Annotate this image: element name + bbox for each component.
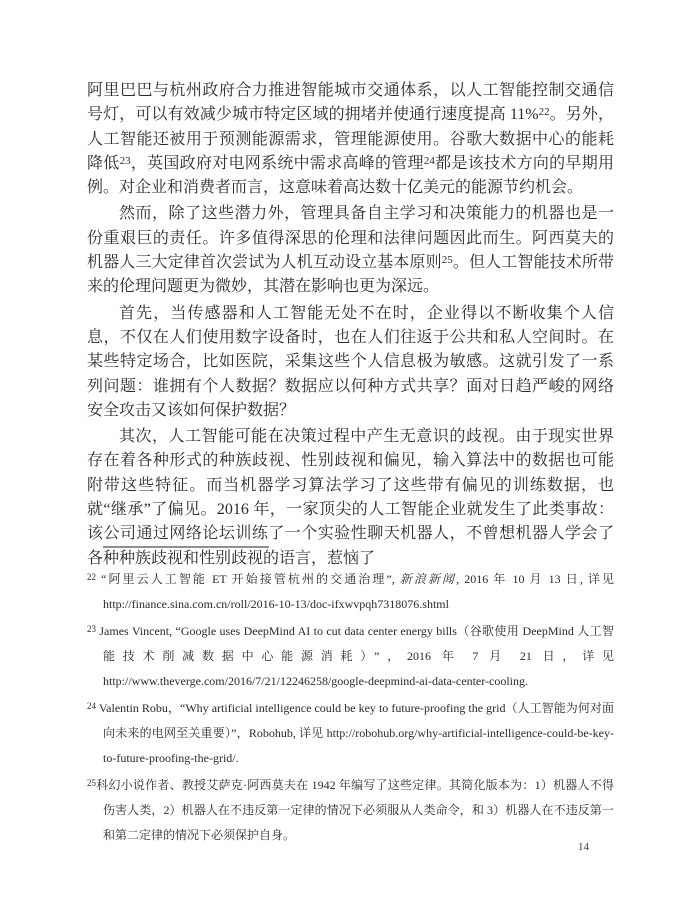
footnote-ref-22: 22 <box>539 106 550 118</box>
footnote-24: 24 Valentin Robu，“Why artificial intelli… <box>87 696 614 771</box>
footnote-marker-24: 24 <box>87 701 96 711</box>
footnote-text: , 2016 年 10 月 13 日, 详见 <box>456 572 614 586</box>
footnote-text: “阿里云人工智能 ET 开始接管杭州的交通治理”, <box>96 572 400 586</box>
footnote-text: James Vincent, “Google uses DeepMind AI … <box>96 624 614 663</box>
footnote-marker-22: 22 <box>87 572 96 582</box>
footnote-23: 23 James Vincent, “Google uses DeepMind … <box>87 619 614 694</box>
footnote-url: http://www.theverge.com/2016/7/21/122462… <box>103 674 528 688</box>
body-text: 阿里巴巴与杭州政府合力推进智能城市交通体系，以人工智能控制交通信号灯，可以有效减… <box>87 79 614 573</box>
footnote-ref-23: 23 <box>120 155 131 167</box>
footnote-marker-23: 23 <box>87 624 96 634</box>
footnote-ref-25: 25 <box>442 254 453 266</box>
footnote-source-italic: 新浪新闻 <box>400 572 456 586</box>
footnote-separator <box>103 546 269 548</box>
text-run: 阿里巴巴与杭州政府合力推进智能城市交通体系，以人工智能控制交通信号灯，可以有效减… <box>87 82 614 123</box>
footnote-text: 科幻小说作者、教授艾萨克·阿西莫夫在 1942 年编写了这些定律。其简化版本为：… <box>96 778 614 842</box>
document-page: 阿里巴巴与杭州政府合力推进智能城市交通体系，以人工智能控制交通信号灯，可以有效减… <box>0 0 700 905</box>
body-paragraph-1: 阿里巴巴与杭州政府合力推进智能城市交通体系，以人工智能控制交通信号灯，可以有效减… <box>87 79 614 200</box>
footnote-marker-25: 25 <box>87 778 96 788</box>
body-paragraph-3: 首先，当传感器和人工智能无处不在时，企业得以不断收集个人信息，不仅在人们使用数字… <box>87 302 614 423</box>
footnote-25: 25科幻小说作者、教授艾萨克·阿西莫夫在 1942 年编写了这些定律。其简化版本… <box>87 773 614 848</box>
footnote-22: 22 “阿里云人工智能 ET 开始接管杭州的交通治理”, 新浪新闻, 2016 … <box>87 567 614 617</box>
footnotes-section: 22 “阿里云人工智能 ET 开始接管杭州的交通治理”, 新浪新闻, 2016 … <box>87 546 614 850</box>
footnote-url: http://finance.sina.com.cn/roll/2016-10-… <box>103 597 449 611</box>
body-paragraph-2: 然而，除了这些潜力外，管理具备自主学习和决策能力的机器也是一份重艰巨的责任。许多… <box>87 202 614 299</box>
text-run: ，英国政府对电网系统中需求高峰的管理 <box>131 155 424 172</box>
page-number: 14 <box>578 841 589 853</box>
text-run: 首先，当传感器和人工智能无处不在时，企业得以不断收集个人信息，不仅在人们使用数字… <box>87 305 614 419</box>
footnote-ref-24: 24 <box>424 155 435 167</box>
